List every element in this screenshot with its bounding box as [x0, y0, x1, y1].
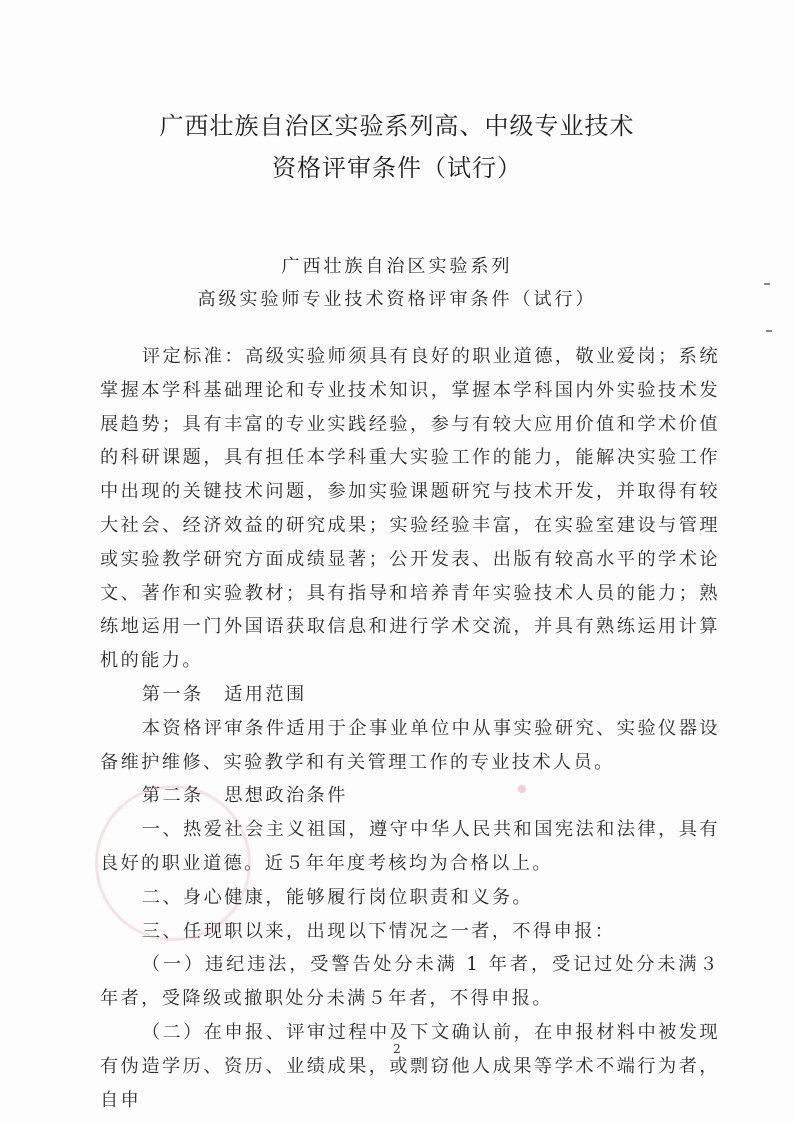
- section-title-line-2: 高级实验师专业技术资格评审条件（试行）: [0, 285, 794, 311]
- paragraph-subitem-1: （一）违纪违法，受警告处分未满 1 年者，受记过处分未满３年者，受降级或撤职处分…: [100, 948, 720, 1016]
- scan-mark: [764, 283, 770, 285]
- paragraph-item-3: 三、任现职以来，出现以下情况之一者，不得申报：: [100, 915, 720, 949]
- paragraph-item-1: 一、热爱社会主义祖国，遵守中华人民共和国宪法和法律，具有良好的职业道德。近５年年…: [100, 813, 720, 881]
- article-1-heading: 第一条 适用范围: [100, 678, 720, 712]
- paragraph-item-2: 二、身心健康，能够履行岗位职责和义务。: [100, 881, 720, 915]
- document-page: 广西壮族自治区实验系列高、中级专业技术 资格评审条件（试行） 广西壮族自治区实验…: [0, 0, 794, 1123]
- ink-spot: [518, 785, 526, 793]
- article-2-heading: 第二条 思想政治条件: [100, 779, 720, 813]
- document-title-line-1: 广西壮族自治区实验系列高、中级专业技术: [0, 106, 794, 141]
- paragraph-scope: 本资格评审条件适用于企事业单位中从事实验研究、实验仪器设备维护维修、实验教学和有…: [100, 712, 720, 780]
- paragraph-subitem-2: （二）在申报、评审过程中及下文确认前，在申报材料中被发现有伪造学历、资历、业绩成…: [100, 1016, 720, 1117]
- document-title-line-2: 资格评审条件（试行）: [0, 148, 794, 183]
- page-number: 2: [0, 1042, 794, 1056]
- section-title-line-1: 广西壮族自治区实验系列: [0, 252, 794, 278]
- document-body: 评定标准：高级实验师须具有良好的职业道德，敬业爱岗；系统掌握本学科基础理论和专业…: [100, 340, 720, 1117]
- scan-mark: [766, 330, 772, 332]
- paragraph-evaluation-standard: 评定标准：高级实验师须具有良好的职业道德，敬业爱岗；系统掌握本学科基础理论和专业…: [100, 340, 720, 678]
